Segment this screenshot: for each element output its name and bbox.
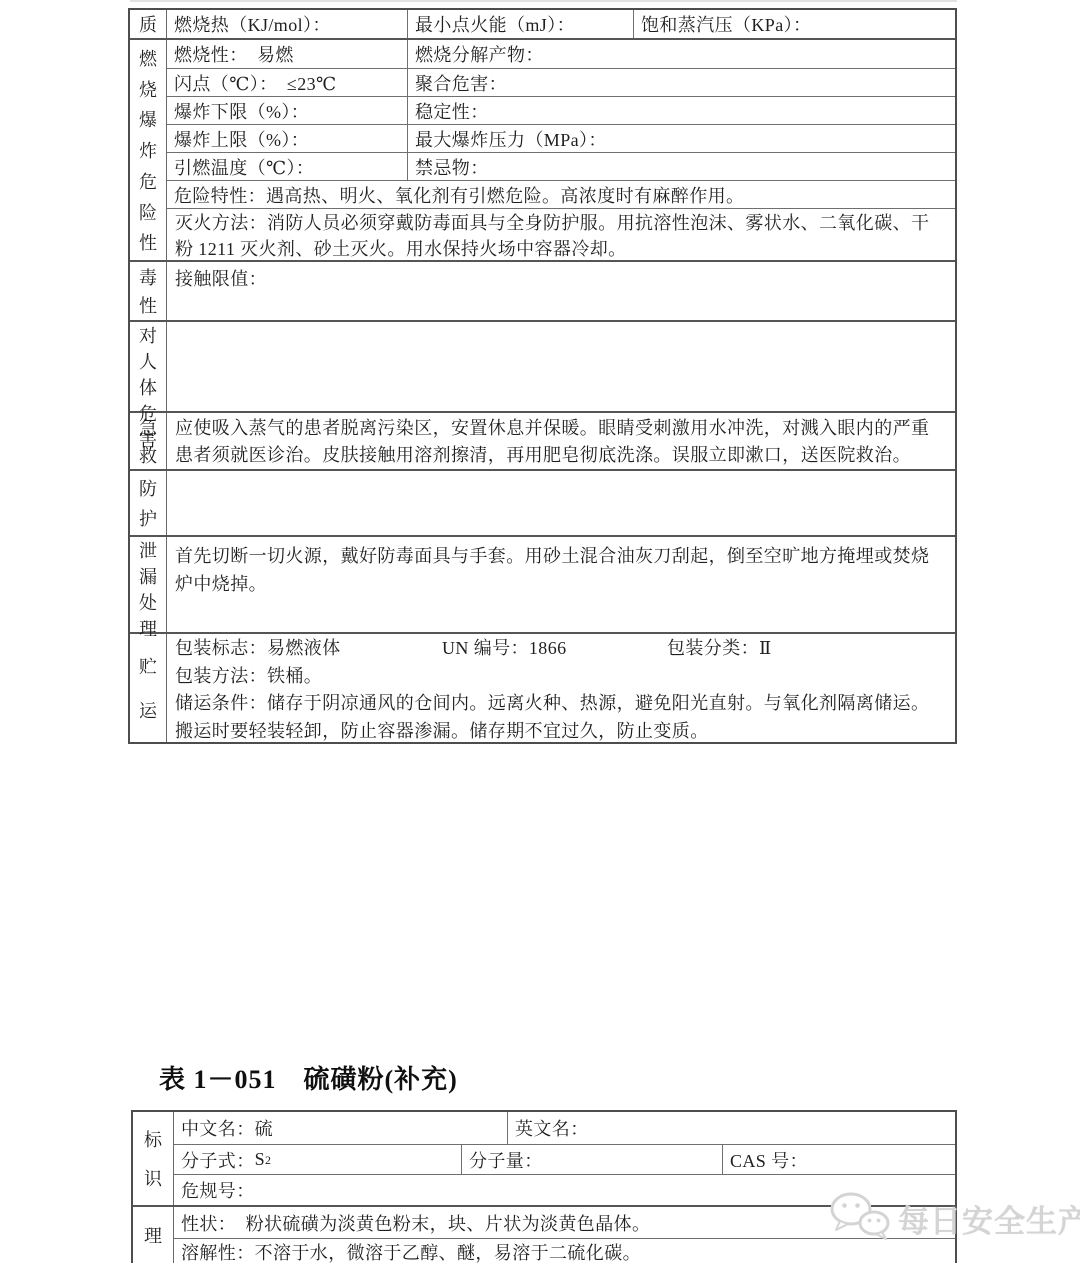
cell-firefighting-method: 灭火方法：消防人员必须穿戴防毒面具与全身防护服。用抗溶性泡沫、雾状水、二氧化碳、…: [167, 209, 955, 264]
table-row: 爆炸下限（%）： 稳定性：: [167, 96, 955, 124]
section-label-identification: 标识: [133, 1112, 174, 1205]
cell-max-explosion-pressure: 最大爆炸压力（MPa）：: [407, 125, 955, 152]
cell-flash-point: 闪点（℃）： ≤23℃: [167, 69, 407, 96]
cell-explosion-upper-limit: 爆炸上限（%）：: [167, 125, 407, 152]
section-health-hazard: 对人体危害: [130, 320, 955, 411]
section-fire-explosion-hazard: 燃烧爆炸危险性 燃烧性： 易燃 燃烧分解产物： 闪点（℃）： ≤23℃ 聚合危害…: [130, 38, 955, 260]
storage-line-packaging: 包装标志：易燃液体 UN 编号：1866 包装分类：Ⅱ: [175, 635, 947, 663]
packaging-class: 包装分类：Ⅱ: [667, 635, 772, 663]
table-row: 燃烧性： 易燃 燃烧分解产物：: [167, 40, 955, 68]
section-label-text: 泄漏处理: [130, 537, 166, 632]
section-label-first-aid: 急救: [130, 413, 167, 469]
cell-first-aid: 应使吸入蒸气的患者脱离污染区，安置休息并保暖。眼睛受刺激用水冲洗，对溅入眼内的严…: [167, 413, 955, 471]
section-first-aid: 急救 应使吸入蒸气的患者脱离污染区，安置休息并保暖。眼睛受刺激用水冲洗，对溅入眼…: [130, 411, 955, 469]
formula-label: 分子式：: [181, 1147, 255, 1173]
storage-conditions: 储运条件：储存于阴凉通风的仓间内。远离火种、热源，避免阳光直射。与氧化剂隔离储运…: [175, 690, 947, 745]
section-label-physchem: 理: [133, 1207, 174, 1263]
table-row: 分子式：S2 分子量： CAS 号：: [174, 1144, 955, 1174]
packaging-mark: 包装标志：易燃液体: [175, 635, 442, 663]
page-root: { "doc": { "title": "表 1－051 硫磺粉(补充)", "…: [0, 0, 1080, 1263]
section-label-health-hazard: 对人体危害: [130, 322, 167, 411]
cell-combustion-heat: 燃烧热（KJ/mol）：: [167, 10, 407, 38]
section-label-physical: 质: [130, 10, 167, 38]
section-label-leak-handling: 泄漏处理: [130, 537, 167, 632]
section-protection: 防护: [130, 469, 955, 535]
cell-storage-transport: 包装标志：易燃液体 UN 编号：1866 包装分类：Ⅱ 包装方法：铁桶。 储运条…: [167, 634, 955, 747]
cell-saturated-vapor-pressure: 饱和蒸汽压（KPa）：: [633, 10, 955, 38]
section-label-text: 燃烧爆炸危险性: [130, 40, 166, 260]
un-number: UN 编号：1866: [442, 635, 667, 663]
section-label-text: 标识: [133, 1112, 173, 1205]
cell-combustion-products: 燃烧分解产物：: [407, 40, 955, 68]
cell-incompatibilities: 禁忌物：: [407, 153, 955, 180]
table-row: 闪点（℃）： ≤23℃ 聚合危害：: [167, 68, 955, 96]
cell-protection: [167, 471, 955, 535]
formula-base: S: [255, 1149, 265, 1170]
section-toxicity: 毒性 接触限值：: [130, 260, 955, 320]
page-title: 表 1－051 硫磺粉(补充): [159, 1059, 458, 1096]
section-leak-handling: 泄漏处理 首先切断一切火源，戴好防毒面具与手套。用砂土混合油灰刀刮起，倒至空旷地…: [130, 535, 955, 632]
section-physical-properties: 质 燃烧热（KJ/mol）： 最小点火能（mJ）： 饱和蒸汽压（KPa）：: [130, 10, 955, 38]
cell-molecular-formula: 分子式：S2: [174, 1145, 461, 1174]
cell-leak-handling: 首先切断一切火源，戴好防毒面具与手套。用砂土混合油灰刀刮起，倒至空旷地方掩埋或焚…: [167, 537, 955, 632]
section-label-protection: 防护: [130, 471, 167, 535]
table-row: 燃烧热（KJ/mol）： 最小点火能（mJ）： 饱和蒸汽压（KPa）：: [167, 10, 955, 38]
cell-ignition-temperature: 引燃温度（℃）：: [167, 153, 407, 180]
section-label-toxicity: 毒性: [130, 262, 167, 320]
table-row: 灭火方法：消防人员必须穿戴防毒面具与全身防护服。用抗溶性泡沫、雾状水、二氧化碳、…: [167, 208, 955, 264]
msds-table: 质 燃烧热（KJ/mol）： 最小点火能（mJ）： 饱和蒸汽压（KPa）： 燃烧…: [128, 8, 957, 744]
cell-english-name: 英文名：: [507, 1112, 955, 1144]
cell-explosion-lower-limit: 爆炸下限（%）：: [167, 97, 407, 124]
watermark: 每日安全生产: [828, 1190, 1080, 1247]
section-label-storage-transport: 贮运: [130, 634, 167, 742]
section-label-text: 防护: [130, 471, 166, 535]
wechat-icon: [828, 1190, 892, 1247]
section-label-text: 理: [133, 1207, 173, 1263]
page-top-edge-line: [130, 0, 957, 2]
cell-polymerization-hazard: 聚合危害：: [407, 69, 955, 96]
cell-hazard-characteristics: 危险特性：遇高热、明火、氧化剂有引燃危险。高浓度时有麻醉作用。: [167, 181, 955, 208]
section-label-text: 质: [130, 10, 166, 38]
section-label-fire-explosion: 燃烧爆炸危险性: [130, 40, 167, 260]
table-row: 中文名：硫 英文名：: [174, 1112, 955, 1144]
section-label-text: 贮运: [130, 634, 166, 742]
cell-cas-number: CAS 号：: [722, 1145, 955, 1174]
table-row: 爆炸上限（%）： 最大爆炸压力（MPa）：: [167, 124, 955, 152]
section-label-text: 毒性: [130, 262, 166, 320]
cell-min-ignition-energy: 最小点火能（mJ）：: [407, 10, 633, 38]
cell-chinese-name: 中文名：硫: [174, 1112, 507, 1144]
packaging-method: 包装方法：铁桶。: [175, 663, 947, 691]
cell-stability: 稳定性：: [407, 97, 955, 124]
cell-molecular-weight: 分子量：: [461, 1145, 722, 1174]
section-label-text: 对人体危害: [130, 322, 166, 411]
cell-exposure-limit: 接触限值：: [167, 262, 955, 320]
section-storage-transport: 贮运 包装标志：易燃液体 UN 编号：1866 包装分类：Ⅱ 包装方法：铁桶。 …: [130, 632, 955, 742]
cell-flammability: 燃烧性： 易燃: [167, 40, 407, 68]
section-label-text: 急救: [130, 413, 166, 469]
watermark-text: 每日安全生产: [898, 1196, 1080, 1241]
table-row: 危险特性：遇高热、明火、氧化剂有引燃危险。高浓度时有麻醉作用。: [167, 180, 955, 208]
table-row: 引燃温度（℃）： 禁忌物：: [167, 152, 955, 180]
cell-health-hazard: [167, 322, 955, 411]
